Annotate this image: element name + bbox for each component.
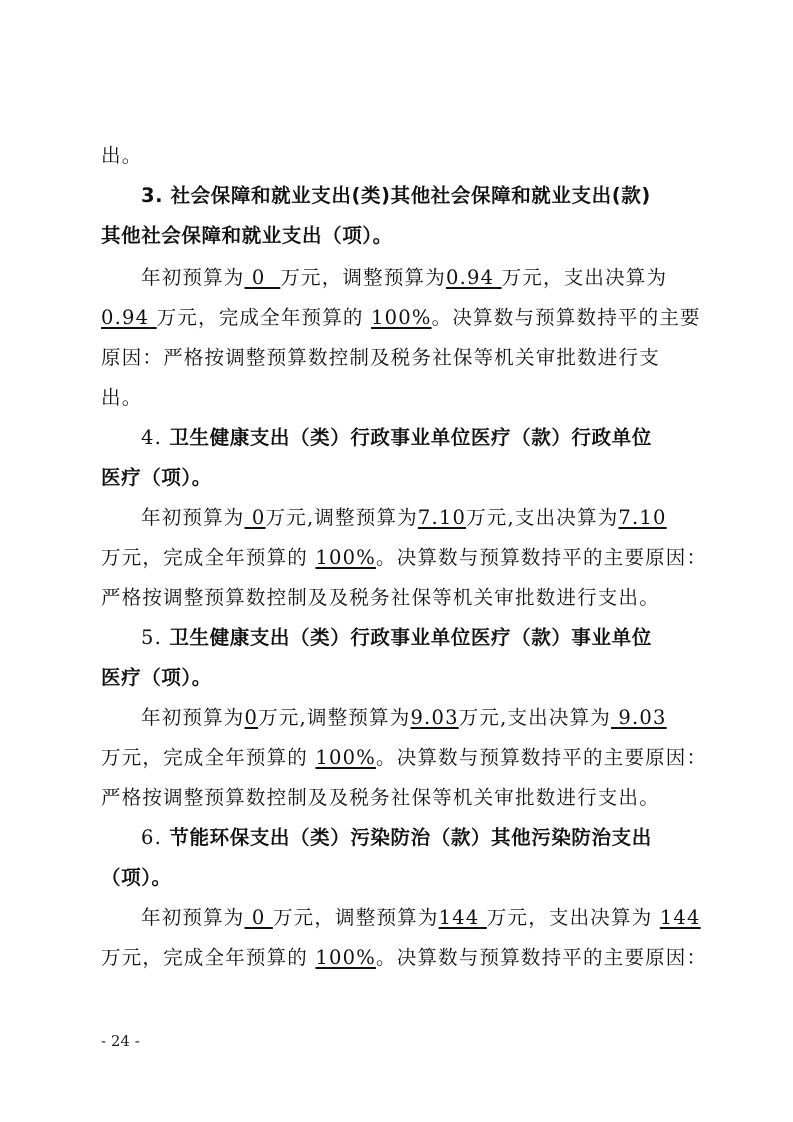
section-body-5-line3: 严格按调整预算数控制及及税务社保等机关审批数进行支出。 (101, 785, 691, 811)
section-heading-6: 6. 节能环保支出（类）污染防治（款）其他污染防治支出 (141, 825, 691, 851)
section-body-4-line3: 严格按调整预算数控制及及税务社保等机关审批数进行支出。 (101, 585, 691, 611)
paragraph-tail: 出。 (101, 143, 691, 169)
section-body-3-line2: 0.94 万元，完成全年预算的 100%。决算数与预算数持平的主要 (101, 305, 691, 331)
section-body-6-line2: 万元，完成全年预算的 100%。决算数与预算数持平的主要原因： (101, 945, 691, 971)
section-body-5-line2: 万元，完成全年预算的 100%。决算数与预算数持平的主要原因： (101, 745, 691, 771)
section-heading-5-cont: 医疗（项）。 (101, 665, 691, 691)
section-heading-6-cont: （项）。 (101, 865, 691, 891)
page-number: - 24 - (101, 1032, 140, 1050)
section-body-4-line1: 年初预算为 0万元,调整预算为7.10万元,支出决算为7.10 (141, 505, 691, 531)
section-body-6-line1: 年初预算为 0 万元，调整预算为144 万元，支出决算为 144 (141, 905, 691, 931)
section-heading-4-cont: 医疗（项）。 (101, 465, 691, 491)
section-body-5-line1: 年初预算为0万元,调整预算为9.03万元,支出决算为 9.03 (141, 705, 691, 731)
section-body-3-line1: 年初预算为 0 万元，调整预算为0.94 万元，支出决算为 (141, 265, 691, 291)
section-heading-4: 4. 卫生健康支出（类）行政事业单位医疗（款）行政单位 (141, 425, 691, 451)
section-body-3-line4: 出。 (101, 385, 691, 411)
section-heading-3: 3. 社会保障和就业支出(类)其他社会保障和就业支出(款) (141, 183, 691, 209)
section-body-3-line3: 原因：严格按调整预算数控制及税务社保等机关审批数进行支 (101, 345, 691, 371)
section-heading-5: 5. 卫生健康支出（类）行政事业单位医疗（款）事业单位 (141, 625, 691, 651)
document-page: 出。 3. 社会保障和就业支出(类)其他社会保障和就业支出(款) 其他社会保障和… (0, 0, 793, 1122)
section-body-4-line2: 万元，完成全年预算的 100%。决算数与预算数持平的主要原因： (101, 545, 691, 571)
section-heading-3-cont: 其他社会保障和就业支出（项）。 (101, 223, 691, 249)
